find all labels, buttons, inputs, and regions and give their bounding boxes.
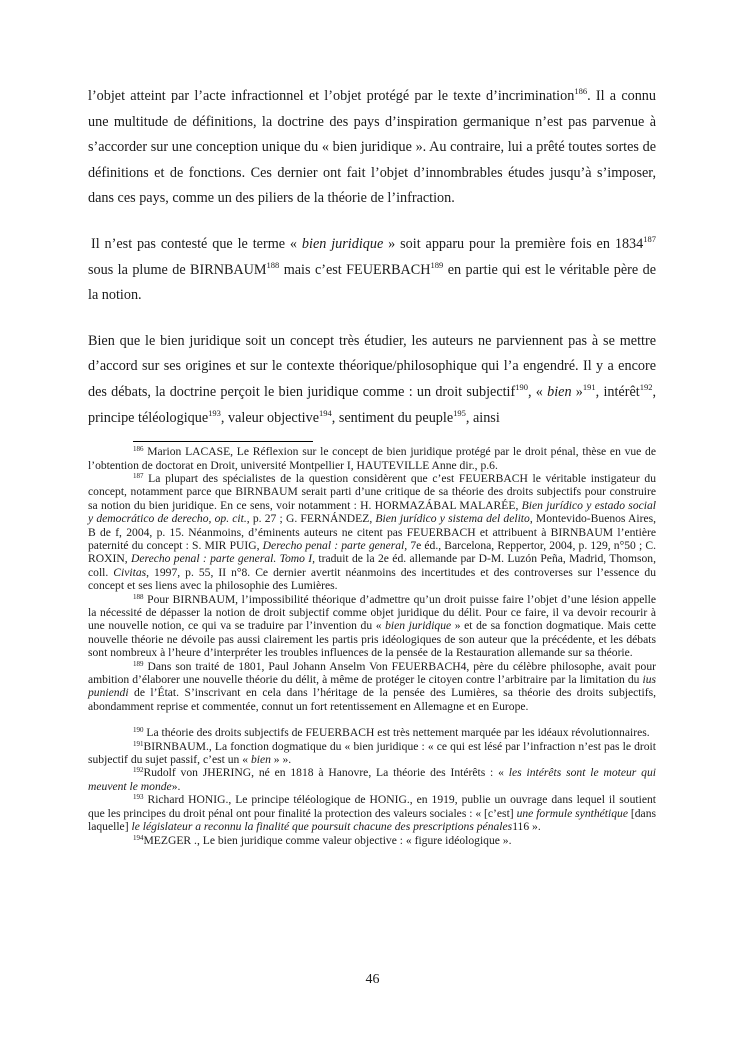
text-run: Il n’est pas contesté que le terme «: [91, 236, 302, 252]
footnote-ref-187[interactable]: 187: [643, 234, 656, 244]
text-run: mais c’est FEUERBACH: [279, 262, 430, 278]
italic-title: Bien jurídico y sistema del delito: [375, 512, 529, 525]
page-number: 46: [0, 972, 745, 988]
footnote-188: 188 Pour BIRNBAUM, l’impossibilité théor…: [88, 593, 656, 660]
footnote-ref-190[interactable]: 190: [515, 382, 528, 392]
footnote-187: 187 La plupart des spécialistes de la qu…: [88, 472, 656, 593]
text-run: »: [572, 384, 583, 400]
footnote-text: Dans son traité de 1801, Paul Johann Ans…: [88, 660, 656, 686]
footnote-text: de l’État. S’inscrivant en cela dans l’h…: [88, 686, 656, 712]
footnote-ref-188[interactable]: 188: [267, 260, 280, 270]
italic-title: Derecho penal : parte general,: [263, 539, 408, 552]
footnote-194: 194MEZGER ., Le bien juridique comme val…: [88, 834, 656, 847]
footnote-ref-189[interactable]: 189: [431, 260, 444, 270]
footnote-191: 191BIRNBAUM., La fonction dogmatique du …: [88, 740, 656, 767]
document-page: l’objet atteint par l’acte infractionnel…: [88, 84, 656, 847]
footnote-number: 194: [133, 834, 144, 842]
footnote-text: » ».: [271, 753, 291, 766]
text-run: sous la plume de BIRNBAUM: [88, 262, 267, 278]
footnote-number: 186: [133, 445, 144, 453]
italic-term: bien: [547, 384, 571, 400]
text-run: , sentiment du peuple: [332, 410, 453, 426]
footnote-text: BIRNBAUM., La fonction dogmatique du « b…: [88, 740, 656, 766]
footnote-192: 192Rudolf von JHERING, né en 1818 à Hano…: [88, 766, 656, 793]
italic-title: Civitas: [113, 566, 146, 579]
footnote-text: , 1997, p. 55, II n°8. Ce dernier averti…: [88, 566, 656, 592]
italic-quote: le législateur a reconnu la finalité que…: [131, 820, 512, 833]
footnote-number: 193: [133, 793, 144, 801]
italic-title: Derecho penal : parte general. Tomo I,: [131, 552, 315, 565]
footnote-ref-191[interactable]: 191: [583, 382, 596, 392]
text-run: » soit apparu pour la première fois en 1…: [383, 236, 643, 252]
footnote-number: 191: [133, 740, 144, 748]
footnote-number: 189: [133, 660, 144, 668]
text-run: , ainsi: [466, 410, 500, 426]
text-run: , «: [528, 384, 547, 400]
footnote-separator: [133, 441, 313, 442]
footnote-text: 116 ».: [512, 820, 541, 833]
body-paragraph-2: Il n’est pas contesté que le terme « bie…: [88, 232, 656, 309]
footnote-number: 192: [133, 766, 144, 774]
footnote-number: 188: [133, 593, 144, 601]
footnote-number: 190: [133, 726, 144, 734]
footnote-text: Rudolf von JHERING, né en 1818 à Hanovre…: [144, 766, 509, 779]
footnote-ref-186[interactable]: 186: [574, 86, 587, 96]
footnote-text: Marion LACASE, Le Réflexion sur le conce…: [88, 445, 656, 471]
footnote-text: La théorie des droits subjectifs de FEUE…: [144, 726, 650, 739]
footnote-ref-193[interactable]: 193: [208, 408, 221, 418]
footnote-number: 187: [133, 472, 144, 480]
footnote-193: 193 Richard HONIG., Le principe téléolog…: [88, 793, 656, 833]
italic-term: bien juridique: [385, 619, 451, 632]
footnote-text: MEZGER ., Le bien juridique comme valeur…: [144, 834, 512, 847]
footnote-text: , p. 27 ; G. FERNÁNDEZ,: [247, 512, 376, 525]
footnote-text: ».: [172, 780, 181, 793]
text-run: . Il a connu une multitude de définition…: [88, 88, 656, 206]
text-run: , intérêt: [596, 384, 640, 400]
italic-quote: une formule synthétique: [517, 807, 628, 820]
text-run: l’objet atteint par l’acte infractionnel…: [88, 88, 574, 104]
body-paragraph-1: l’objet atteint par l’acte infractionnel…: [88, 84, 656, 212]
text-run: , valeur objective: [221, 410, 319, 426]
footnotes: 186 Marion LACASE, Le Réflexion sur le c…: [88, 445, 656, 847]
footnote-190: 190 La théorie des droits subjectifs de …: [88, 726, 656, 739]
footnote-ref-194[interactable]: 194: [319, 408, 332, 418]
footnote-189: 189 Dans son traité de 1801, Paul Johann…: [88, 660, 656, 714]
italic-term: bien juridique: [302, 236, 383, 252]
footnote-186: 186 Marion LACASE, Le Réflexion sur le c…: [88, 445, 656, 472]
italic-term: bien: [251, 753, 271, 766]
footnote-ref-195[interactable]: 195: [453, 408, 466, 418]
footnote-ref-192[interactable]: 192: [640, 382, 653, 392]
body-paragraph-3: Bien que le bien juridique soit un conce…: [88, 329, 656, 431]
